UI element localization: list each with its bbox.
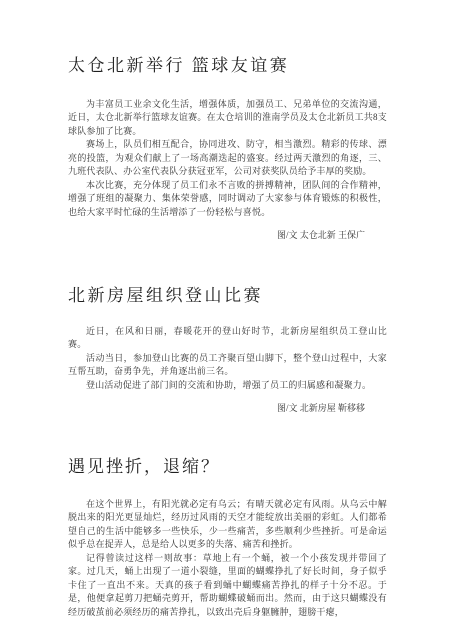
document-page: 太仓北新举行 篮球友谊赛 为丰富员工业余文化生活，增强体质，加强员工、兄弟单位的… [0, 0, 451, 638]
paragraph: 记得曾读过这样一则故事：草地上有一个蛹，被一个小孩发现并带回了家。过几天，蛹上出… [68, 552, 387, 620]
paragraph: 在这个世界上，有阳光就必定有乌云；有晴天就必定有风雨。从乌云中解脱出来的阳光更显… [68, 498, 387, 552]
article-title: 太仓北新举行 篮球友谊赛 [68, 55, 387, 78]
paragraph: 活动当日，参加登山比赛的员工齐聚百望山脚下，整个登山过程中，大家互帮互助，奋勇争… [68, 352, 387, 379]
paragraph: 为丰富员工业余文化生活，增强体质，加强员工、兄弟单位的交流沟通，近日，太仓北新举… [68, 98, 387, 139]
article-basketball-match: 太仓北新举行 篮球友谊赛 为丰富员工业余文化生活，增强体质，加强员工、兄弟单位的… [68, 55, 387, 243]
paragraph: 本次比赛，充分体现了员工们永不言败的拼搏精神，团队间的合作精神，增强了班组的凝聚… [68, 179, 387, 220]
paragraph: 赛场上，队员们相互配合，协同进攻、防守，相当激烈。精彩的传球、漂亮的投篮，为观众… [68, 138, 387, 179]
article-title: 遇见挫折，退缩？ [68, 456, 387, 479]
article-title: 北新房屋组织登山比赛 [68, 285, 387, 308]
article-facing-setbacks: 遇见挫折，退缩？ 在这个世界上，有阳光就必定有乌云；有晴天就必定有风雨。从乌云中… [68, 456, 387, 619]
byline: 图/文 北新房屋 靳移移 [68, 402, 387, 416]
paragraph: 登山活动促进了部门间的交流和协助，增强了员工的归属感和凝聚力。 [68, 379, 387, 393]
article-mountain-climbing: 北新房屋组织登山比赛 近日，在风和日丽，春暖花开的登山好时节，北新房屋组织员工登… [68, 285, 387, 416]
paragraph: 近日，在风和日丽，春暖花开的登山好时节，北新房屋组织员工登山比赛。 [68, 325, 387, 352]
byline: 图/文 太仓北新 王保广 [68, 229, 387, 243]
